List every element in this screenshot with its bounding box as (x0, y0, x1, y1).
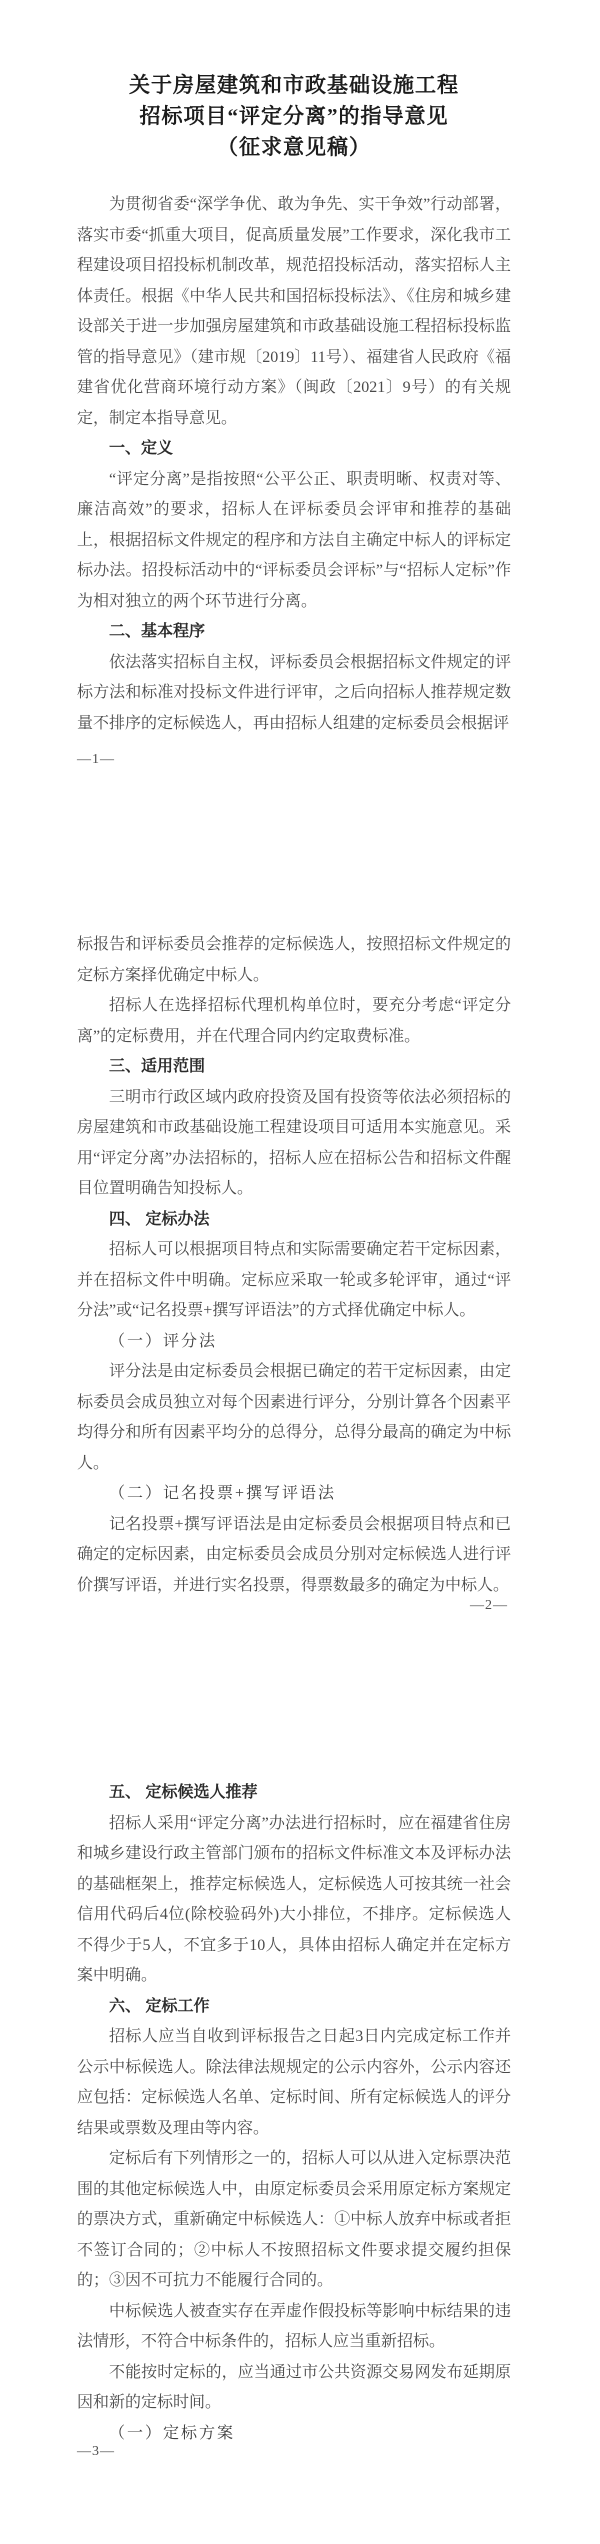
page-3: 五、 定标候选人推荐招标人采用“评定分离”办法进行招标时，应在福建省住房和城乡建… (0, 1778, 600, 2544)
sub-heading: （一）评分法 (77, 1327, 511, 1358)
paragraph: 记名投票+撰写评语法是由定标委员会根据项目特点和已确定的定标因素，由定标委员会成… (77, 1510, 511, 1602)
section-heading: 二、基本程序 (77, 617, 511, 648)
paragraph: 招标人在选择招标代理机构单位时，要充分考虑“评定分离”的定标费用，并在代理合同内… (77, 991, 511, 1052)
page-2: 标报告和评标委员会推荐的定标候选人，按照招标文件规定的定标方案择优确定中标人。招… (0, 930, 600, 1778)
page-number-2: —2— (470, 1598, 508, 1614)
paragraph: “评定分离”是指按照“公平公正、职责明晰、权责对等、廉洁高效”的要求，招标人在评… (77, 465, 511, 618)
document: 关于房屋建筑和市政基础设施工程招标项目“评定分离”的指导意见（征求意见稿） 为贯… (0, 0, 600, 2544)
paragraph: 招标人采用“评定分离”办法进行招标时，应在福建省住房和城乡建设行政主管部门颁布的… (77, 1809, 511, 1992)
page-1: 关于房屋建筑和市政基础设施工程招标项目“评定分离”的指导意见（征求意见稿） 为贯… (0, 0, 600, 930)
page-number-3: —3— (77, 2444, 115, 2460)
paragraph: 定标后有下列情形之一的，招标人可以从进入定标票决范围的其他定标候选人中，由原定标… (77, 2144, 511, 2297)
title-line: （征求意见稿） (77, 132, 511, 163)
sub-heading: （一）定标方案 (77, 2419, 511, 2450)
sub-heading: （二）记名投票+撰写评语法 (77, 1479, 511, 1510)
section-heading: 三、适用范围 (77, 1052, 511, 1083)
title-line: 招标项目“评定分离”的指导意见 (77, 101, 511, 132)
paragraph: 三明市行政区域内政府投资及国有投资等依法必须招标的房屋建筑和市政基础设施工程建设… (77, 1083, 511, 1205)
paragraph: 评分法是由定标委员会根据已确定的若干定标因素，由定标委员会成员独立对每个因素进行… (77, 1357, 511, 1479)
section-heading: 六、 定标工作 (77, 1992, 511, 2023)
paragraph: 招标人应当自收到评标报告之日起3日内完成定标工作并公示中标候选人。除法律法规规定… (77, 2022, 511, 2144)
paragraph: 不能按时定标的，应当通过市公共资源交易网发布延期原因和新的定标时间。 (77, 2358, 511, 2419)
page-1-body: 为贯彻省委“深学争优、敢为争先、实干争效”行动部署，落实市委“抓重大项目，促高质… (77, 190, 511, 739)
section-heading: 五、 定标候选人推荐 (77, 1778, 511, 1809)
section-heading: 四、 定标办法 (77, 1205, 511, 1236)
page-number-1: —1— (77, 752, 115, 768)
paragraph: 依法落实招标自主权，评标委员会根据招标文件规定的评标方法和标准对投标文件进行评审… (77, 648, 511, 740)
paragraph: 标报告和评标委员会推荐的定标候选人，按照招标文件规定的定标方案择优确定中标人。 (77, 930, 511, 991)
title-line: 关于房屋建筑和市政基础设施工程 (77, 70, 511, 101)
paragraph: 招标人可以根据项目特点和实际需要确定若干定标因素，并在招标文件中明确。定标应采取… (77, 1235, 511, 1327)
page-3-body: 五、 定标候选人推荐招标人采用“评定分离”办法进行招标时，应在福建省住房和城乡建… (77, 1778, 511, 2449)
paragraph: 中标候选人被查实存在弄虚作假投标等影响中标结果的违法情形，不符合中标条件的，招标… (77, 2297, 511, 2358)
document-title: 关于房屋建筑和市政基础设施工程招标项目“评定分离”的指导意见（征求意见稿） (77, 70, 511, 163)
section-heading: 一、定义 (77, 434, 511, 465)
page-2-body: 标报告和评标委员会推荐的定标候选人，按照招标文件规定的定标方案择优确定中标人。招… (77, 930, 511, 1601)
paragraph: 为贯彻省委“深学争优、敢为争先、实干争效”行动部署，落实市委“抓重大项目，促高质… (77, 190, 511, 434)
